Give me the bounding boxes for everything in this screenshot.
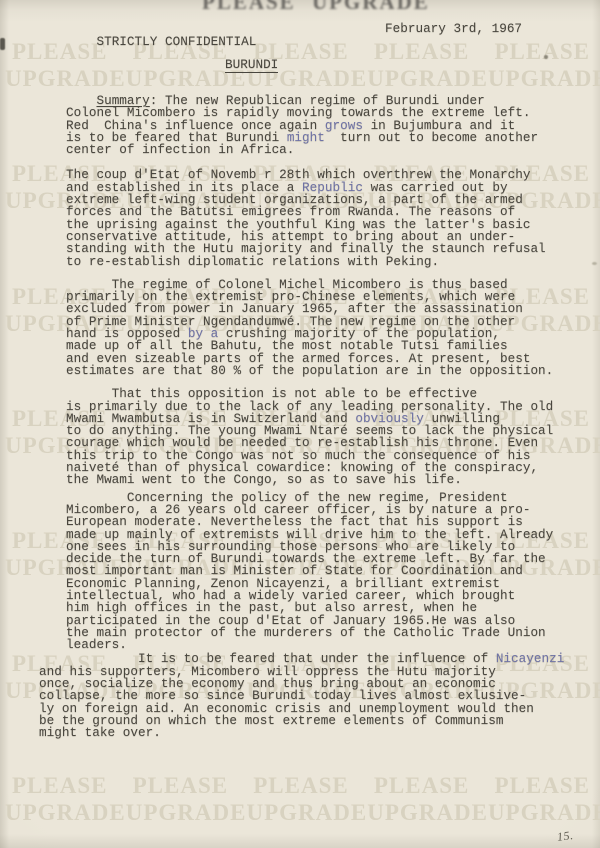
text-line: might take over. [39,727,564,739]
document-header: STRICTLY CONFIDENTIAL February 3rd, 1967 [66,22,590,36]
text-line: to re-establish diplomatic relations wit… [66,256,564,268]
paragraph: The coup d'Etat of Novemb r 28th which o… [66,169,564,267]
document-title: BURUNDI [225,58,278,73]
scan-speck [592,262,597,265]
paragraph: Concerning the policy of the new regime,… [66,492,564,652]
watermark-text-row: PLEASEPLEASEPLEASEPLEASEPLEASE [12,774,590,797]
text-line: the main protector of the murderers of t… [66,627,564,639]
scanned-document-page: PLEASEPLEASEPLEASEPLEASEPLEASEUPGRADEUPG… [0,0,600,848]
paragraph: That this opposition is not able to be e… [66,388,564,486]
paragraph: Summary: The new Republican regime of Bu… [66,95,564,156]
paragraph: The regime of Colonel Michel Micombero i… [66,279,564,377]
handwritten-page-number: 15. [556,828,574,845]
paragraph: It is to be feared that under the influe… [39,653,564,739]
scan-speck [544,55,548,59]
text-line: leaders. [66,639,564,651]
document-body: Summary: The new Republican regime of Bu… [66,95,564,740]
watermark-text-row: UPGRADEUPGRADEUPGRADEUPGRADEUPGRADE [5,801,600,824]
watermark-text-row: UPGRADEUPGRADEUPGRADEUPGRADEUPGRADE [5,67,600,90]
scan-speck [0,38,5,50]
cutoff-stamp-text: PLEASE UPGRADE [202,0,430,15]
text-line: center of infection in Africa. [66,144,564,156]
text-line: the Mwami went to the Congo, so as to sa… [66,474,564,486]
text-line: estimates are that 80 % of the populatio… [66,365,564,377]
classification-label: STRICTLY CONFIDENTIAL [96,34,256,49]
date-label: February 3rd, 1967 [385,22,522,35]
